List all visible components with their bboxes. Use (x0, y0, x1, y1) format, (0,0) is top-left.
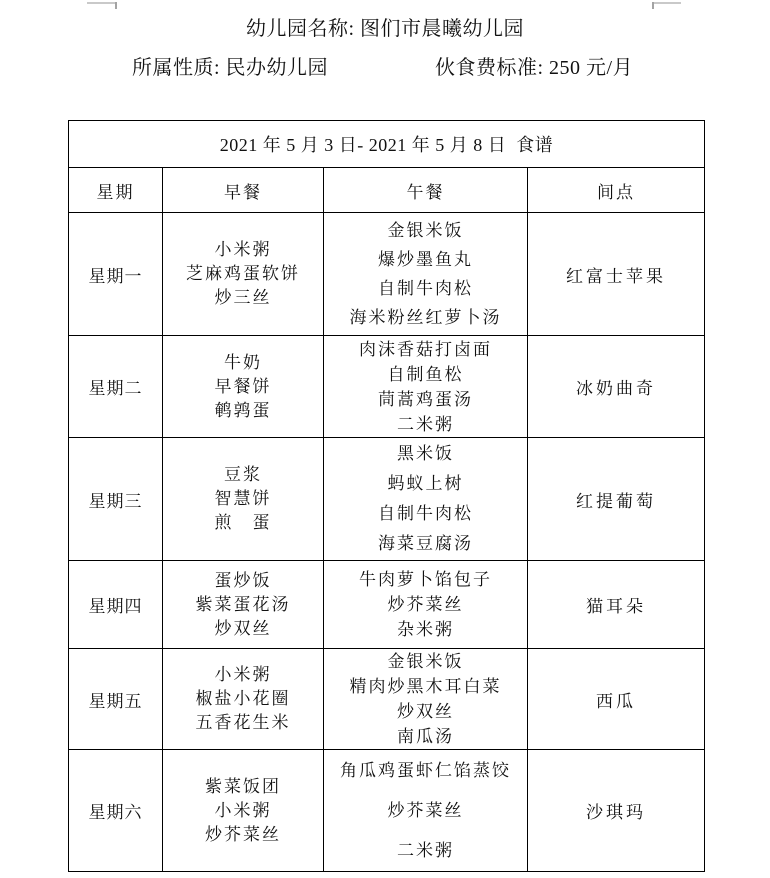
lunch-cell-thursday: 牛肉萝卜馅包子 炒芥菜丝 杂米粥 (324, 561, 528, 649)
lunch-cell-friday: 金银米饭 精肉炒黑木耳白菜 炒双丝 南瓜汤 (324, 649, 528, 750)
menu-row-tuesday: 星期二 牛奶 早餐饼 鹌鹑蛋 肉沫香菇打卤面 自制鱼松 茼蒿鸡蛋汤 二米粥 冰奶… (69, 336, 705, 438)
breakfast-cell-thursday: 蛋炒饭 紫菜蛋花汤 炒双丝 (163, 561, 324, 649)
breakfast-cell-tuesday: 牛奶 早餐饼 鹌鹑蛋 (163, 336, 324, 438)
column-header-breakfast: 早餐 (163, 168, 324, 213)
day-cell-wednesday: 星期三 (69, 438, 163, 561)
snack-cell-thursday: 猫耳朵 (528, 561, 705, 649)
kindergarten-nature-line: 所属性质: 民办幼儿园 (132, 51, 328, 80)
day-cell-saturday: 星期六 (69, 750, 163, 872)
menu-header-row: 星期 早餐 午餐 间点 (69, 168, 705, 213)
weekly-menu-table: 2021 年 5 月 3 日- 2021 年 5 月 8 日 食谱 星期 早餐 … (68, 120, 705, 872)
lunch-cell-tuesday: 肉沫香菇打卤面 自制鱼松 茼蒿鸡蛋汤 二米粥 (324, 336, 528, 438)
snack-cell-saturday: 沙琪玛 (528, 750, 705, 872)
meal-fee-line: 伙食费标准: 250 元/月 (435, 51, 633, 80)
breakfast-cell-friday: 小米粥 椒盐小花圈 五香花生米 (163, 649, 324, 750)
day-cell-friday: 星期五 (69, 649, 163, 750)
menu-date-range-title: 2021 年 5 月 3 日- 2021 年 5 月 8 日 食谱 (69, 121, 705, 168)
page-edge-artifact-right (653, 2, 681, 4)
menu-row-saturday: 星期六 紫菜饭团 小米粥 炒芥菜丝 角瓜鸡蛋虾仁馅蒸饺 炒芥菜丝 二米粥 沙琪玛 (69, 750, 705, 872)
breakfast-cell-monday: 小米粥 芝麻鸡蛋软饼 炒三丝 (163, 213, 324, 336)
lunch-cell-saturday: 角瓜鸡蛋虾仁馅蒸饺 炒芥菜丝 二米粥 (324, 750, 528, 872)
snack-cell-tuesday: 冰奶曲奇 (528, 336, 705, 438)
page-edge-tick-right (652, 2, 654, 9)
page-edge-tick-left (115, 2, 117, 9)
lunch-cell-wednesday: 黑米饭 蚂蚁上树 自制牛肉松 海菜豆腐汤 (324, 438, 528, 561)
lunch-cell-monday: 金银米饭 爆炒墨鱼丸 自制牛肉松 海米粉丝红萝卜汤 (324, 213, 528, 336)
snack-cell-wednesday: 红提葡萄 (528, 438, 705, 561)
page-edge-artifact-left (87, 2, 117, 4)
snack-cell-monday: 红富士苹果 (528, 213, 705, 336)
menu-title-row: 2021 年 5 月 3 日- 2021 年 5 月 8 日 食谱 (69, 121, 705, 168)
breakfast-cell-saturday: 紫菜饭团 小米粥 炒芥菜丝 (163, 750, 324, 872)
snack-cell-friday: 西瓜 (528, 649, 705, 750)
column-header-snack: 间点 (528, 168, 705, 213)
kindergarten-name-line: 幼儿园名称: 图们市晨曦幼儿园 (0, 12, 770, 41)
menu-row-wednesday: 星期三 豆浆 智慧饼 煎 蛋 黑米饭 蚂蚁上树 自制牛肉松 海菜豆腐汤 红提葡萄 (69, 438, 705, 561)
menu-row-monday: 星期一 小米粥 芝麻鸡蛋软饼 炒三丝 金银米饭 爆炒墨鱼丸 自制牛肉松 海米粉丝… (69, 213, 705, 336)
breakfast-cell-wednesday: 豆浆 智慧饼 煎 蛋 (163, 438, 324, 561)
day-cell-monday: 星期一 (69, 213, 163, 336)
menu-row-thursday: 星期四 蛋炒饭 紫菜蛋花汤 炒双丝 牛肉萝卜馅包子 炒芥菜丝 杂米粥 猫耳朵 (69, 561, 705, 649)
menu-row-friday: 星期五 小米粥 椒盐小花圈 五香花生米 金银米饭 精肉炒黑木耳白菜 炒双丝 南瓜… (69, 649, 705, 750)
column-header-weekday: 星期 (69, 168, 163, 213)
day-cell-thursday: 星期四 (69, 561, 163, 649)
document-page: 幼儿园名称: 图们市晨曦幼儿园 所属性质: 民办幼儿园 伙食费标准: 250 元… (0, 0, 770, 878)
column-header-lunch: 午餐 (324, 168, 528, 213)
day-cell-tuesday: 星期二 (69, 336, 163, 438)
